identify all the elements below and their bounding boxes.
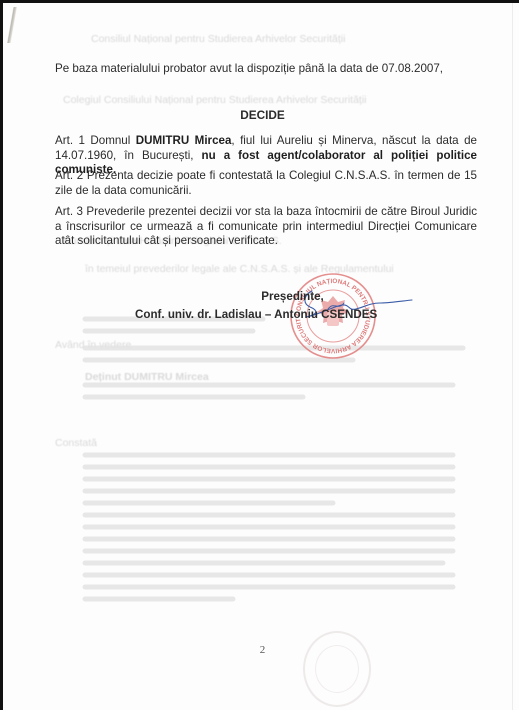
signatory-title: Președinte,	[3, 290, 519, 305]
article-label: Art. 1	[55, 134, 85, 147]
article-label: Art. 3	[55, 205, 83, 218]
page-number: 2	[3, 644, 519, 656]
bleed-through-stamp	[303, 631, 371, 707]
article-3: Art. 3 Prevederile prezentei decizii vor…	[55, 205, 477, 249]
document-page: Consiliul Național pentru Studierea Arhi…	[0, 0, 519, 710]
article-text: Prezenta decizie poate fi contestată la …	[55, 169, 477, 197]
person-name: DUMITRU Mircea	[136, 134, 232, 147]
article-label: Art. 2	[55, 169, 83, 182]
signatory-name: Conf. univ. dr. Ladislau – Antoniu CSEND…	[135, 308, 377, 323]
decision-heading: DECIDE	[3, 108, 519, 123]
article-text: Domnul	[85, 134, 136, 147]
intro-paragraph: Pe baza materialului probator avut la di…	[55, 62, 475, 77]
article-text: Prevederile prezentei decizii vor sta la…	[55, 205, 477, 247]
article-2: Art. 2 Prezenta decizie poate fi contest…	[55, 169, 477, 198]
